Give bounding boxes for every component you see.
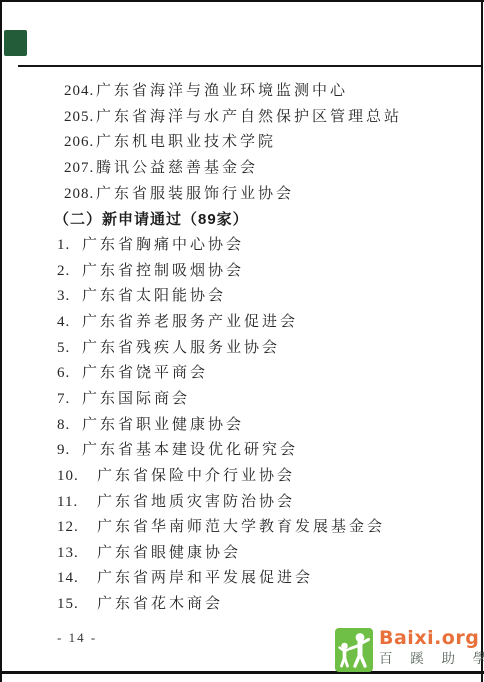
list-item-number: 12. bbox=[57, 515, 97, 541]
list-item-number: 207. bbox=[64, 156, 96, 182]
list-item-number: 11. bbox=[57, 490, 97, 516]
list-item: 11.广东省地质灾害防治协会 bbox=[0, 490, 484, 516]
baixi-figures-icon bbox=[335, 628, 373, 672]
list-item-name: 腾讯公益慈善基金会 bbox=[96, 160, 258, 176]
list-item-name: 广东省养老服务产业促进会 bbox=[82, 314, 298, 330]
list-item: 3.广东省太阳能协会 bbox=[0, 284, 484, 310]
list-item: 15.广东省花木商会 bbox=[0, 592, 484, 618]
list-item-number: 10. bbox=[57, 464, 97, 490]
list-item-number: 15. bbox=[57, 592, 97, 618]
list-item-name: 广东省残疾人服务业协会 bbox=[82, 340, 280, 356]
list-item-number: 208. bbox=[64, 182, 96, 208]
list-item-name: 广东省眼健康协会 bbox=[97, 545, 241, 561]
list-item: 6.广东省饶平商会 bbox=[0, 361, 484, 387]
list-item-number: 6. bbox=[57, 361, 82, 387]
list-item-number: 205. bbox=[64, 105, 96, 131]
list-item-name: 广东省海洋与渔业环境监测中心 bbox=[96, 83, 348, 99]
list-item-name: 广东省华南师范大学教育发展基金会 bbox=[97, 519, 385, 535]
baixi-site-name: Baixi.org bbox=[379, 628, 484, 648]
list-item-name: 广东省花木商会 bbox=[97, 596, 223, 612]
page-number: - 14 - bbox=[57, 630, 97, 646]
list-item-name: 广东省控制吸烟协会 bbox=[82, 263, 244, 279]
list-item: 204.广东省海洋与渔业环境监测中心 bbox=[0, 79, 484, 105]
list-item: 208.广东省服装服饰行业协会 bbox=[0, 182, 484, 208]
list-item-name: 广东国际商会 bbox=[82, 391, 190, 407]
list-item: 5.广东省残疾人服务业协会 bbox=[0, 336, 484, 362]
list-item-name: 广东省饶平商会 bbox=[82, 365, 208, 381]
list-item-name: 广东省海洋与水产自然保护区管理总站 bbox=[96, 109, 402, 125]
list-item-number: 3. bbox=[57, 284, 82, 310]
inner-top-rule bbox=[18, 65, 482, 67]
list-item: 2.广东省控制吸烟协会 bbox=[0, 259, 484, 285]
list-item-name: 广东机电职业技术学院 bbox=[96, 134, 276, 150]
list-item-name: 广东省胸痛中心协会 bbox=[82, 237, 244, 253]
baixi-logo: Baixi.org 百 蹊 助 學 bbox=[335, 628, 484, 672]
corner-green-block bbox=[4, 30, 27, 56]
list-item-number: 204. bbox=[64, 79, 96, 105]
list-item-number: 1. bbox=[57, 233, 82, 259]
list-item-name: 广东省保险中介行业协会 bbox=[97, 468, 295, 484]
list-item-number: 8. bbox=[57, 413, 82, 439]
list-item: 13.广东省眼健康协会 bbox=[0, 541, 484, 567]
list-item: 206.广东机电职业技术学院 bbox=[0, 130, 484, 156]
list-item-number: 7. bbox=[57, 387, 82, 413]
list-item: 9.广东省基本建设优化研究会 bbox=[0, 438, 484, 464]
list-item-number: 2. bbox=[57, 259, 82, 285]
baixi-chinese-name: 百 蹊 助 學 bbox=[379, 650, 484, 667]
list-item-name: 广东省服装服饰行业协会 bbox=[96, 186, 294, 202]
list-item: 4.广东省养老服务产业促进会 bbox=[0, 310, 484, 336]
list-item-number: 9. bbox=[57, 438, 82, 464]
list-item: 207.腾讯公益慈善基金会 bbox=[0, 156, 484, 182]
list-item-name: 广东省两岸和平发展促进会 bbox=[97, 570, 313, 586]
list-item-number: 5. bbox=[57, 336, 82, 362]
document-body: 204.广东省海洋与渔业环境监测中心 205.广东省海洋与水产自然保护区管理总站… bbox=[0, 79, 484, 618]
list-item-name: 广东省基本建设优化研究会 bbox=[82, 442, 298, 458]
baixi-logo-text: Baixi.org 百 蹊 助 學 bbox=[379, 628, 484, 667]
list-item: 10.广东省保险中介行业协会 bbox=[0, 464, 484, 490]
list-item-name: 广东省职业健康协会 bbox=[82, 417, 244, 433]
list-item: 14.广东省两岸和平发展促进会 bbox=[0, 566, 484, 592]
list-item-name: 广东省太阳能协会 bbox=[82, 288, 226, 304]
page-border-top bbox=[0, 0, 484, 2]
list-item: 8.广东省职业健康协会 bbox=[0, 413, 484, 439]
list-item: 12.广东省华南师范大学教育发展基金会 bbox=[0, 515, 484, 541]
list-item-number: 13. bbox=[57, 541, 97, 567]
list-item-number: 14. bbox=[57, 566, 97, 592]
list-item: 7.广东国际商会 bbox=[0, 387, 484, 413]
section-heading: （二）新申请通过（89家） bbox=[0, 207, 484, 233]
list-item-number: 4. bbox=[57, 310, 82, 336]
list-item-number: 206. bbox=[64, 130, 96, 156]
list-item-name: 广东省地质灾害防治协会 bbox=[97, 494, 295, 510]
list-item: 1.广东省胸痛中心协会 bbox=[0, 233, 484, 259]
list-item: 205.广东省海洋与水产自然保护区管理总站 bbox=[0, 105, 484, 131]
